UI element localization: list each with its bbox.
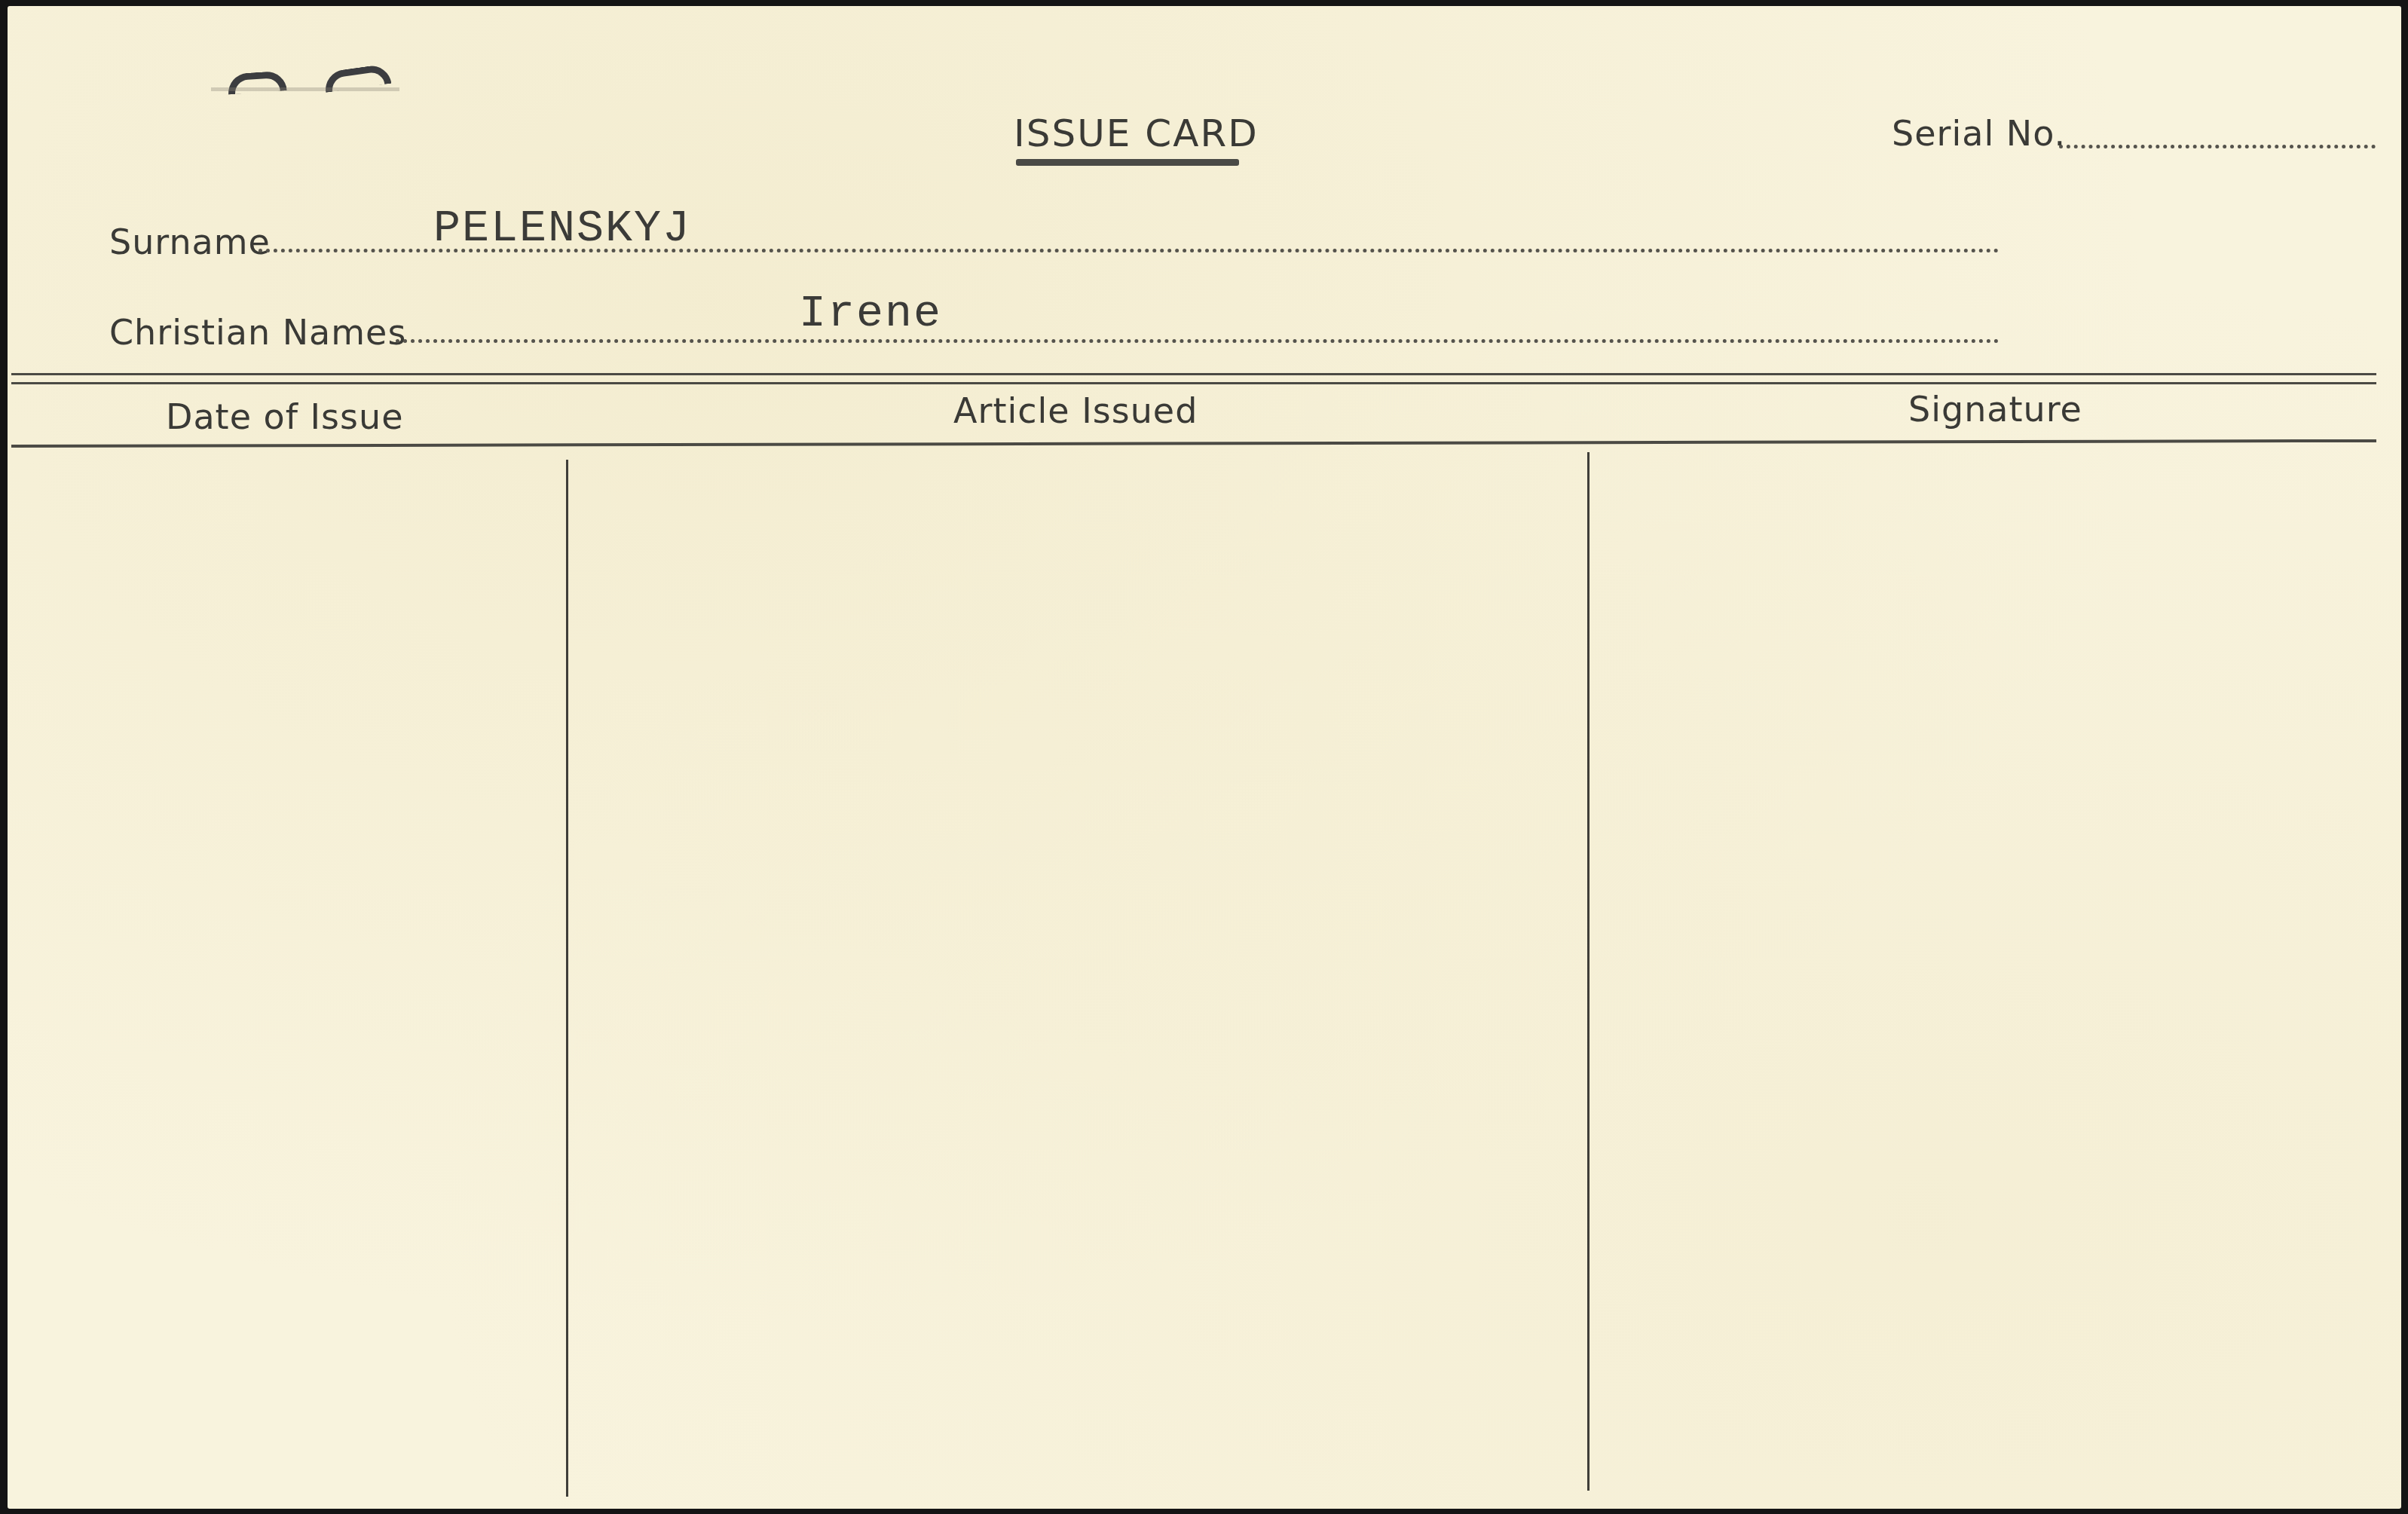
header-top-rule-2 <box>11 382 2376 384</box>
column-divider-1 <box>566 460 568 1497</box>
signature-column-body[interactable] <box>1593 458 2376 1498</box>
serial-number-dotted-line <box>2059 145 2376 148</box>
article-issued-column-body[interactable] <box>571 458 1585 1498</box>
serial-number-value[interactable] <box>2073 96 2359 142</box>
surname-label: Surname <box>109 222 271 262</box>
column-header-article-issued: Article Issued <box>953 390 1198 431</box>
date-of-issue-column-body[interactable] <box>15 458 564 1498</box>
staple-smudge <box>211 87 399 91</box>
column-divider-2 <box>1587 452 1590 1491</box>
issue-card: ISSUE CARD Serial No. Surname PELENSKYJ … <box>8 6 2401 1509</box>
surname-value[interactable]: PELENSKYJ <box>433 203 691 255</box>
column-header-signature: Signature <box>1908 389 2082 430</box>
christian-names-dotted-line <box>396 339 2000 343</box>
christian-names-label: Christian Names <box>109 312 406 353</box>
serial-number-label: Serial No. <box>1892 113 2066 154</box>
column-header-date-of-issue: Date of Issue <box>166 396 403 437</box>
header-bottom-rule <box>11 439 2376 448</box>
title-underline <box>1016 159 1239 166</box>
header-top-rule-1 <box>11 373 2376 375</box>
christian-names-value[interactable]: Irene <box>799 289 942 340</box>
card-title: ISSUE CARD <box>1014 112 1259 155</box>
